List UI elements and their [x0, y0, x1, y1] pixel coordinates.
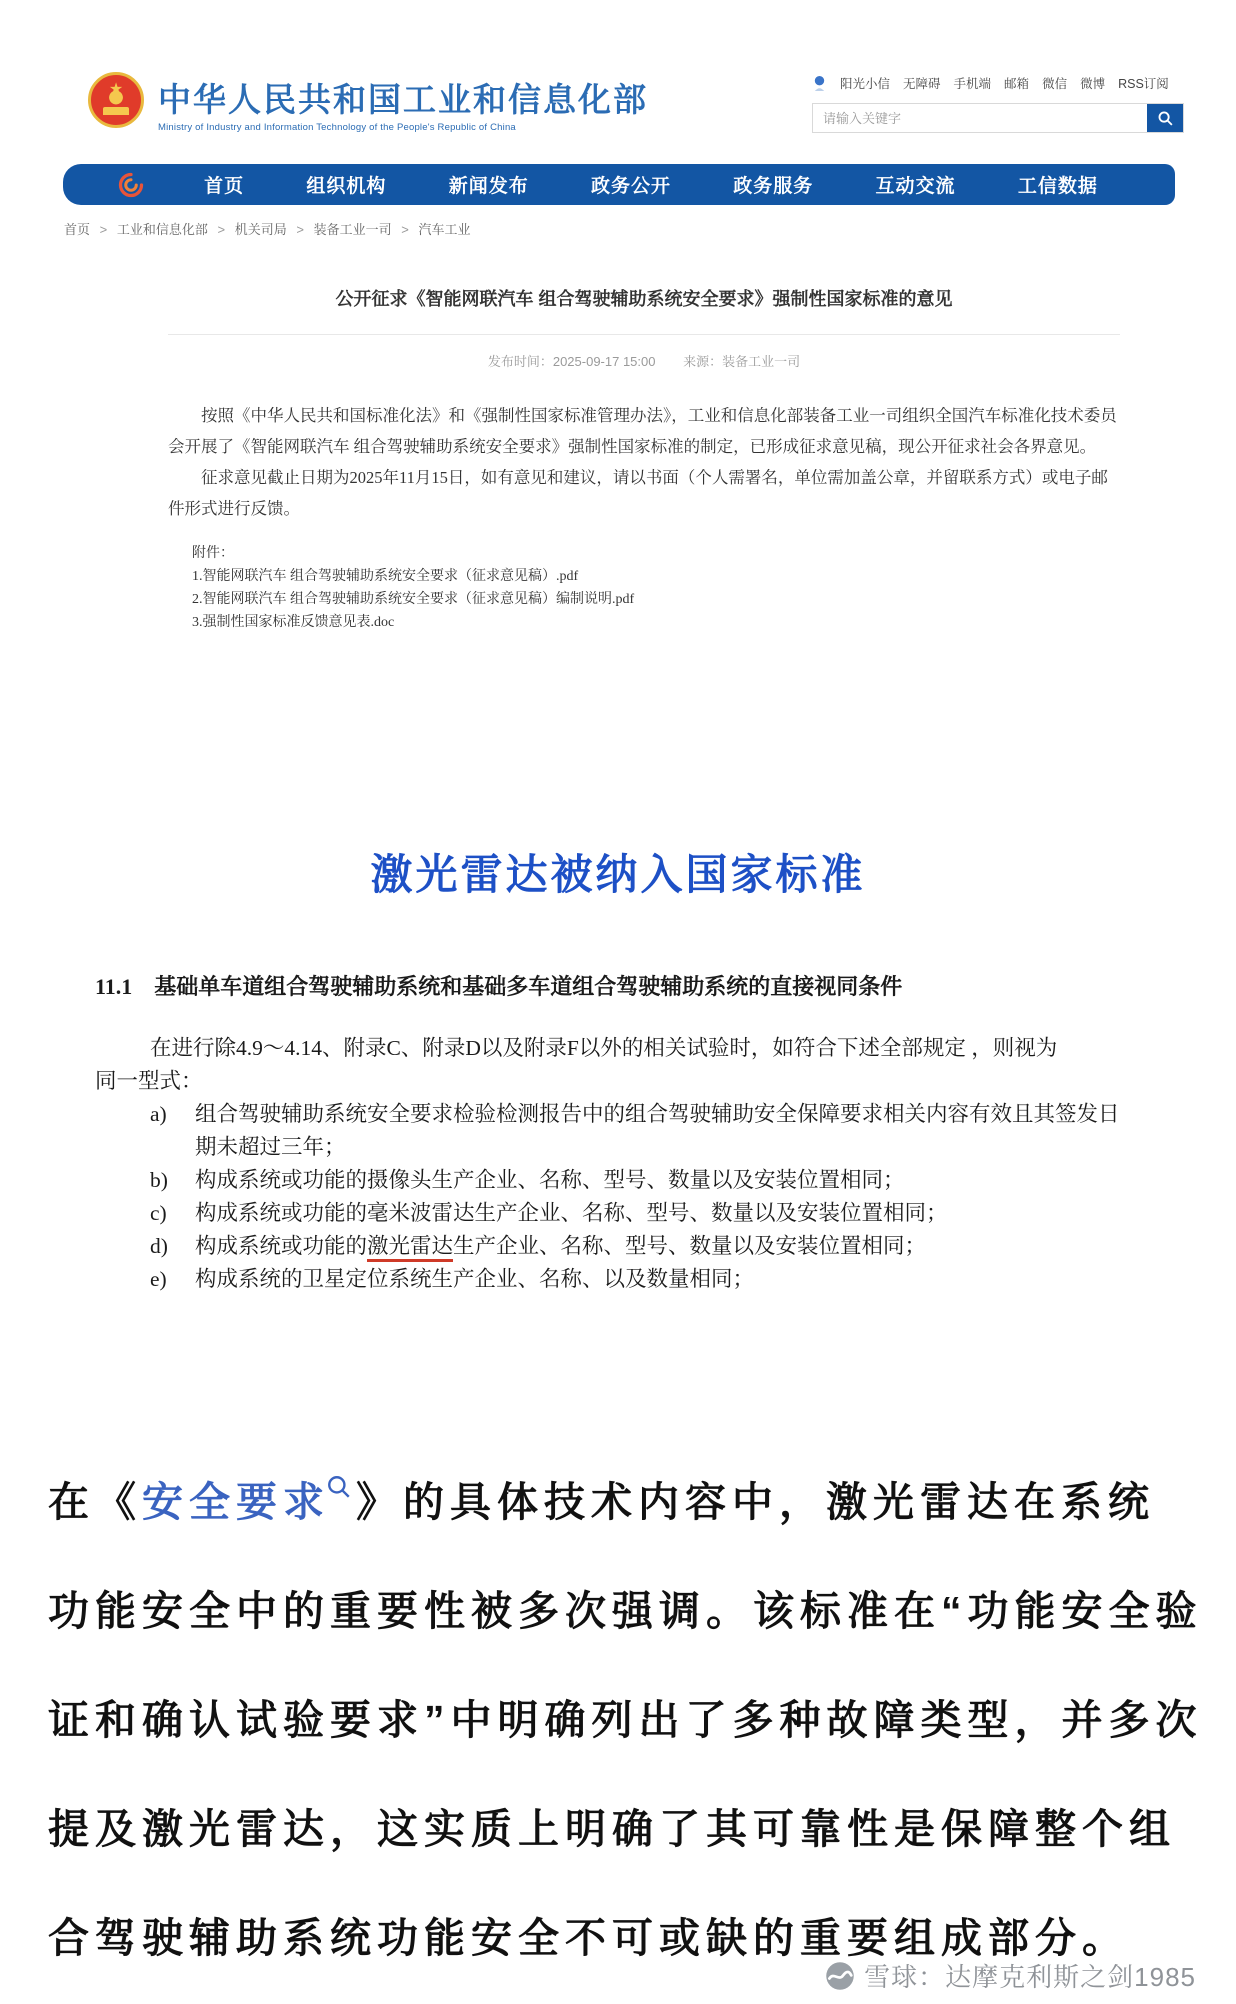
- article-meta: 发布时间：2025-09-17 15:00 来源：装备工业一司: [168, 351, 1120, 370]
- main-nav: 首页 组织机构 新闻发布 政务公开 政务服务 互动交流 工信数据: [63, 164, 1175, 205]
- article-divider: [168, 334, 1120, 335]
- nav-item-gov-disclosure[interactable]: 政务公开: [591, 171, 671, 198]
- crumb-departments[interactable]: 机关司局: [235, 222, 287, 237]
- miit-article-page: 中华人民共和国工业和信息化部 Ministry of Industry and …: [0, 0, 1236, 2004]
- article-paragraph-1: 按照《中华人民共和国标准化法》和《强制性国家标准管理办法》，工业和信息化部装备工…: [168, 400, 1120, 462]
- nav-item-organization[interactable]: 组织机构: [306, 171, 386, 198]
- intro-line-2: 同一型式：: [95, 1069, 203, 1093]
- crumb-auto-industry[interactable]: 汽车工业: [418, 222, 470, 237]
- publish-time-label: 发布时间：: [488, 354, 553, 369]
- item-d-lidar-highlight: 激光雷达: [367, 1234, 453, 1262]
- commentary-line-1: 在《安全要求》的具体技术内容中，激光雷达在系统: [48, 1448, 1198, 1557]
- publish-time-value: 2025-09-17 15:00: [553, 354, 656, 369]
- nav-item-gov-services[interactable]: 政务服务: [733, 171, 813, 198]
- article: 公开征求《智能网联汽车 组合驾驶辅助系统安全要求》强制性国家标准的意见 发布时间…: [168, 286, 1120, 634]
- ministry-title-cn: 中华人民共和国工业和信息化部: [158, 82, 648, 118]
- article-title: 公开征求《智能网联汽车 组合驾驶辅助系统安全要求》强制性国家标准的意见: [168, 286, 1120, 312]
- crumb-separator: >: [100, 222, 108, 237]
- attachment-2-pdf[interactable]: 2.智能网联汽车 组合驾驶辅助系统安全要求（征求意见稿）编制说明.pdf: [192, 588, 1120, 611]
- watermark-text: 雪球：达摩克利斯之剑1985: [864, 1957, 1196, 1994]
- commentary: 在《安全要求》的具体技术内容中，激光雷达在系统 功能安全中的重要性被多次强调。该…: [48, 1448, 1198, 1993]
- xueqiu-watermark: 雪球：达摩克利斯之剑1985: [825, 1957, 1196, 1994]
- quick-links: 阳光小信 无障碍 手机端 邮箱 微信 微博 RSS订阅: [812, 74, 1184, 92]
- quick-link-mobile[interactable]: 手机端: [954, 74, 992, 92]
- line1-post: 》的具体技术内容中，激光雷达在系统: [356, 1479, 1155, 1525]
- crumb-separator: >: [218, 222, 226, 237]
- nav-item-data[interactable]: 工信数据: [1018, 171, 1098, 198]
- item-b-label: b): [150, 1164, 168, 1197]
- safety-requirements-link[interactable]: 安全要求: [142, 1479, 356, 1525]
- search-bar: [812, 103, 1184, 133]
- source-value: 装备工业一司: [722, 354, 800, 369]
- header-right: 阳光小信 无障碍 手机端 邮箱 微信 微博 RSS订阅: [812, 74, 1184, 133]
- crumb-separator: >: [401, 222, 409, 237]
- standard-intro: 在进行除4.9～4.14、附录C、附录D以及附录F以外的相关试验时，如符合下述全…: [95, 1032, 1137, 1098]
- standard-items: a) 组合驾驶辅助系统安全要求检验检测报告中的组合驾驶辅助安全保障要求相关内容有…: [95, 1098, 1137, 1296]
- attachments-label: 附件：: [192, 542, 1120, 565]
- section-title: 基础单车道组合驾驶辅助系统和基础多车道组合驾驶辅助系统的直接视同条件: [154, 974, 902, 999]
- standard-item-c: c) 构成系统或功能的毫米波雷达生产企业、名称、型号、数量以及安装位置相同；: [95, 1197, 1137, 1230]
- quick-link-wechat[interactable]: 微信: [1042, 74, 1067, 92]
- nav-item-interaction[interactable]: 互动交流: [876, 171, 956, 198]
- crumb-separator: >: [296, 222, 304, 237]
- item-d-post: 生产企业、名称、型号、数量以及安装位置相同；: [453, 1234, 926, 1258]
- standard-item-a: a) 组合驾驶辅助系统安全要求检验检测报告中的组合驾驶辅助安全保障要求相关内容有…: [95, 1098, 1137, 1164]
- banner-headline: 激光雷达被纳入国家标准: [0, 842, 1236, 902]
- nav-item-home[interactable]: 首页: [204, 171, 244, 198]
- quick-link-rss[interactable]: RSS订阅: [1118, 74, 1169, 92]
- standard-excerpt: 11.1基础单车道组合驾驶辅助系统和基础多车道组合驾驶辅助系统的直接视同条件 在…: [95, 972, 1137, 1296]
- nav-item-news[interactable]: 新闻发布: [449, 171, 529, 198]
- standard-item-d: d) 构成系统或功能的激光雷达生产企业、名称、型号、数量以及安装位置相同；: [95, 1230, 1137, 1263]
- quick-link-weibo[interactable]: 微博: [1080, 74, 1105, 92]
- safety-requirements-link-text: 安全要求: [142, 1479, 330, 1525]
- section-number: 11.1: [95, 974, 132, 999]
- article-paragraph-2: 征求意见截止日期为2025年11月15日，如有意见和建议，请以书面（个人需署名，…: [168, 462, 1120, 524]
- breadcrumb: 首页 > 工业和信息化部 > 机关司局 > 装备工业一司 > 汽车工业: [64, 219, 470, 238]
- site-header: 中华人民共和国工业和信息化部 Ministry of Industry and …: [88, 52, 1184, 152]
- ministry-brand: 中华人民共和国工业和信息化部 Ministry of Industry and …: [88, 72, 648, 133]
- standard-item-b: b) 构成系统或功能的摄像头生产企业、名称、型号、数量以及安装位置相同；: [95, 1164, 1137, 1197]
- standard-section-heading: 11.1基础单车道组合驾驶辅助系统和基础多车道组合驾驶辅助系统的直接视同条件: [95, 972, 1137, 1002]
- publish-time: 发布时间：2025-09-17 15:00: [488, 354, 656, 369]
- ministry-title-en: Ministry of Industry and Information Tec…: [158, 122, 648, 133]
- item-a-label: a): [150, 1098, 167, 1131]
- item-d-pre: 构成系统或功能的: [195, 1234, 367, 1258]
- nav-items: 首页 组织机构 新闻发布 政务公开 政务服务 互动交流 工信数据: [173, 171, 1129, 198]
- attachment-1-pdf[interactable]: 1.智能网联汽车 组合驾驶辅助系统安全要求（征求意见稿）.pdf: [192, 565, 1120, 588]
- search-button[interactable]: [1147, 104, 1183, 132]
- commentary-line-4: 提及激光雷达，这实质上明确了其可靠性是保障整个组: [48, 1775, 1198, 1884]
- item-e-label: e): [150, 1263, 167, 1296]
- item-c-label: c): [150, 1197, 167, 1230]
- crumb-home[interactable]: 首页: [64, 222, 90, 237]
- source-label: 来源：: [683, 354, 722, 369]
- article-body: 按照《中华人民共和国标准化法》和《强制性国家标准管理办法》，工业和信息化部装备工…: [168, 400, 1120, 524]
- search-input[interactable]: [813, 104, 1147, 132]
- brand-text: 中华人民共和国工业和信息化部 Ministry of Industry and …: [158, 72, 648, 133]
- quick-link-accessibility[interactable]: 无障碍: [903, 74, 941, 92]
- quick-link-mail[interactable]: 邮箱: [1004, 74, 1029, 92]
- item-d-label: d): [150, 1230, 168, 1263]
- miit-swirl-logo-icon: [117, 171, 145, 199]
- attachments: 附件： 1.智能网联汽车 组合驾驶辅助系统安全要求（征求意见稿）.pdf 2.智…: [192, 542, 1120, 634]
- quick-link-xiaoxin[interactable]: 阳光小信: [840, 74, 890, 92]
- search-icon: [1157, 110, 1174, 127]
- commentary-line-3: 证和确认试验要求”中明确列出了多种故障类型，并多次: [48, 1666, 1198, 1775]
- line1-pre: 在《: [48, 1479, 142, 1525]
- item-e-text: 构成系统的卫星定位系统生产企业、名称、以及数量相同；: [195, 1267, 754, 1291]
- intro-line-1: 在进行除4.9～4.14、附录C、附录D以及附录F以外的相关试验时，如符合下述全…: [95, 1032, 1137, 1065]
- item-a-text: 组合驾驶辅助系统安全要求检验检测报告中的组合驾驶辅助安全保障要求相关内容有效且其…: [195, 1102, 1120, 1159]
- source: 来源：装备工业一司: [683, 354, 800, 369]
- crumb-miit[interactable]: 工业和信息化部: [117, 222, 208, 237]
- item-c-text: 构成系统或功能的毫米波雷达生产企业、名称、型号、数量以及安装位置相同；: [195, 1201, 948, 1225]
- crumb-equipment-bureau[interactable]: 装备工业一司: [314, 222, 392, 237]
- standard-item-e: e) 构成系统的卫星定位系统生产企业、名称、以及数量相同；: [95, 1263, 1137, 1296]
- item-b-text: 构成系统或功能的摄像头生产企业、名称、型号、数量以及安装位置相同；: [195, 1168, 905, 1192]
- national-emblem-icon: [88, 72, 144, 128]
- snowball-logo-icon: [825, 1961, 855, 1991]
- xiaoxin-assistant-icon: [812, 75, 827, 92]
- zoom-link-icon: [326, 1474, 352, 1500]
- commentary-line-2: 功能安全中的重要性被多次强调。该标准在“功能安全验: [48, 1557, 1198, 1666]
- attachment-3-doc[interactable]: 3.强制性国家标准反馈意见表.doc: [192, 611, 1120, 634]
